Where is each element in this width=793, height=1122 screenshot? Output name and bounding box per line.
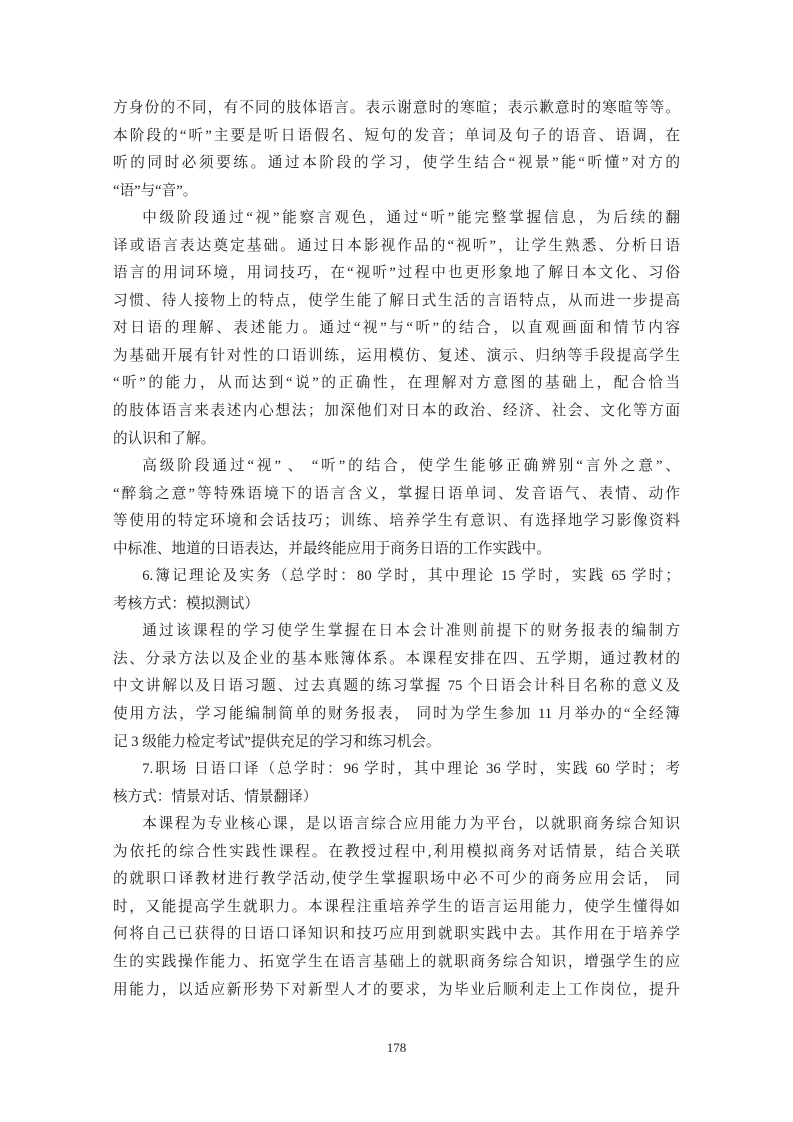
paragraph: 高级阶段通过“视” 、 “听”的结合，使学生能够正确辨别“言外之意”、“醉翁之意… [113,453,680,563]
text-line: 核方式：情景对话、情景翻译） [113,784,680,812]
text-line: 中文讲解以及日语习题、过去真题的练习掌握 75 个日语会计科目名称的意义及 [113,673,680,701]
page-number: 178 [0,1040,793,1056]
text-line: 的认识和了解。 [113,426,680,454]
text-line: 中标准、地道的日语表达，并最终能应用于商务日语的工作实践中。 [113,536,680,564]
document-page: 方身份的不同，有不同的肢体语言。表示谢意时的寒暄；表示歉意时的寒暄等等。本阶段的… [0,0,793,1122]
text-line: 为依托的综合性实践性课程。在教授过程中,利用模拟商务对话情景，结合关联 [113,839,680,867]
text-line: 中级阶段通过“视”能察言观色，通过“听”能完整掌握信息，为后续的翻 [113,205,680,233]
text-line: 高级阶段通过“视” 、 “听”的结合，使学生能够正确辨别“言外之意”、 [113,453,680,481]
document-body: 方身份的不同，有不同的肢体语言。表示谢意时的寒暄；表示歉意时的寒暄等等。本阶段的… [113,95,680,1004]
text-line: 方身份的不同，有不同的肢体语言。表示谢意时的寒暄；表示歉意时的寒暄等等。 [113,95,680,123]
text-line: 等使用的特定环境和会话技巧；训练、培养学生有意识、有选择地学习影像资料 [113,508,680,536]
text-line: 的就职口译教材进行教学活动,使学生掌握职场中必不可少的商务应用会话， 同 [113,866,680,894]
text-line: 时，又能提高学生就职力。本课程注重培养学生的语言运用能力，使学生懂得如 [113,894,680,922]
text-line: 法、分录方法以及企业的基本账簿体系。本课程安排在四、五学期，通过教材的 [113,646,680,674]
text-line: 本阶段的“听”主要是听日语假名、短句的发音；单词及句子的语音、语调，在 [113,123,680,151]
text-line: 听的同时必须要练。通过本阶段的学习，使学生结合“视景”能“听懂”对方的 [113,150,680,178]
paragraph: 本课程为专业核心课，是以语言综合应用能力为平台，以就职商务综合知识为依托的综合性… [113,811,680,1004]
paragraph: 方身份的不同，有不同的肢体语言。表示谢意时的寒暄；表示歉意时的寒暄等等。本阶段的… [113,95,680,205]
text-line: 习惯、待人接物上的特点，使学生能了解日式生活的言语特点，从而进一步提高 [113,288,680,316]
text-line: 6.簿记理论及实务（总学时：80 学时，其中理论 15 学时，实践 65 学时； [113,563,680,591]
text-line: 译或语言表达奠定基础。通过日本影视作品的“视听”，让学生熟悉、分析日语 [113,233,680,261]
text-line: 考核方式：模拟测试） [113,591,680,619]
text-line: 为基础开展有针对性的口语训练，运用模仿、复述、演示、归纳等手段提高学生 [113,343,680,371]
text-line: 的肢体语言来表述内心想法；加深他们对日本的政治、经济、社会、文化等方面 [113,398,680,426]
text-line: 使用方法，学习能编制简单的财务报表， 同时为学生参加 11 月举办的“全经簿 [113,701,680,729]
text-line: 用能力，以适应新形势下对新型人才的要求，为毕业后顺利走上工作岗位，提升 [113,977,680,1005]
text-line: “醉翁之意”等特殊语境下的语言含义，掌握日语单词、发音语气、表情、动作 [113,481,680,509]
paragraph: 7.职场 日语口译（总学时：96 学时，其中理论 36 学时，实践 60 学时；… [113,756,680,811]
paragraph: 中级阶段通过“视”能察言观色，通过“听”能完整掌握信息，为后续的翻译或语言表达奠… [113,205,680,453]
text-line: 生的实践操作能力、拓宽学生在语言基础上的就职商务综合知识，增强学生的应 [113,949,680,977]
text-line: 语言的用词环境，用词技巧，在“视听”过程中也更形象地了解日本文化、习俗 [113,260,680,288]
text-line: 何将自己已获得的日语口译知识和技巧应用到就职实践中去。其作用在于培养学 [113,921,680,949]
text-line: 本课程为专业核心课，是以语言综合应用能力为平台，以就职商务综合知识 [113,811,680,839]
text-line: 对日语的理解、表述能力。通过“视”与“听”的结合，以直观画面和情节内容 [113,315,680,343]
text-line: “语”与“音”。 [113,178,680,206]
text-line: 通过该课程的学习使学生掌握在日本会计准则前提下的财务报表的编制方 [113,618,680,646]
paragraph: 通过该课程的学习使学生掌握在日本会计准则前提下的财务报表的编制方法、分录方法以及… [113,618,680,756]
text-line: 7.职场 日语口译（总学时：96 学时，其中理论 36 学时，实践 60 学时；… [113,756,680,784]
text-line: “听”的能力，从而达到“说”的正确性，在理解对方意图的基础上，配合恰当 [113,370,680,398]
text-line: 记 3 级能力检定考试”提供充足的学习和练习机会。 [113,729,680,757]
paragraph: 6.簿记理论及实务（总学时：80 学时，其中理论 15 学时，实践 65 学时；… [113,563,680,618]
